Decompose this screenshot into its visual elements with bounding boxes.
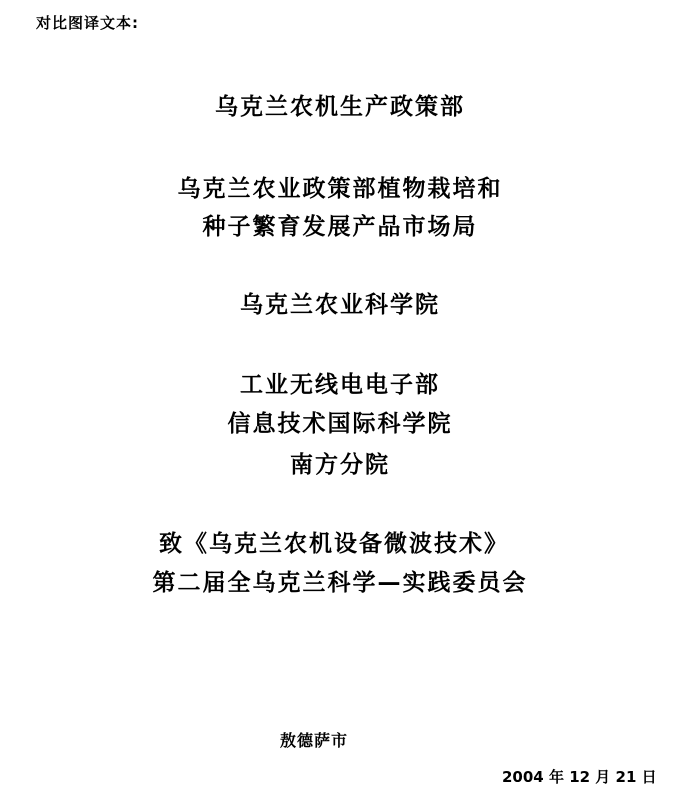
recipient-line: 第二届全乌克兰科学—实践委员会 <box>0 564 680 597</box>
recipient-line: 工业无线电电子部 <box>0 366 680 399</box>
header-label: 对比图译文本: <box>36 12 139 33</box>
date-label: 2004 年 12 月 21 日 <box>502 766 657 787</box>
recipient-line: 乌克兰农机生产政策部 <box>0 88 680 121</box>
recipient-line: 致《乌克兰农机设备微波技术》 <box>0 525 674 558</box>
recipient-line: 南方分院 <box>0 446 680 479</box>
recipient-line: 乌克兰农业政策部植物栽培和 <box>0 170 680 203</box>
recipient-line: 种子繁育发展产品市场局 <box>0 208 680 241</box>
recipient-line: 乌克兰农业科学院 <box>0 286 680 319</box>
city-label: 敖德萨市 <box>280 728 348 751</box>
recipient-line: 信息技术国际科学院 <box>0 405 680 438</box>
